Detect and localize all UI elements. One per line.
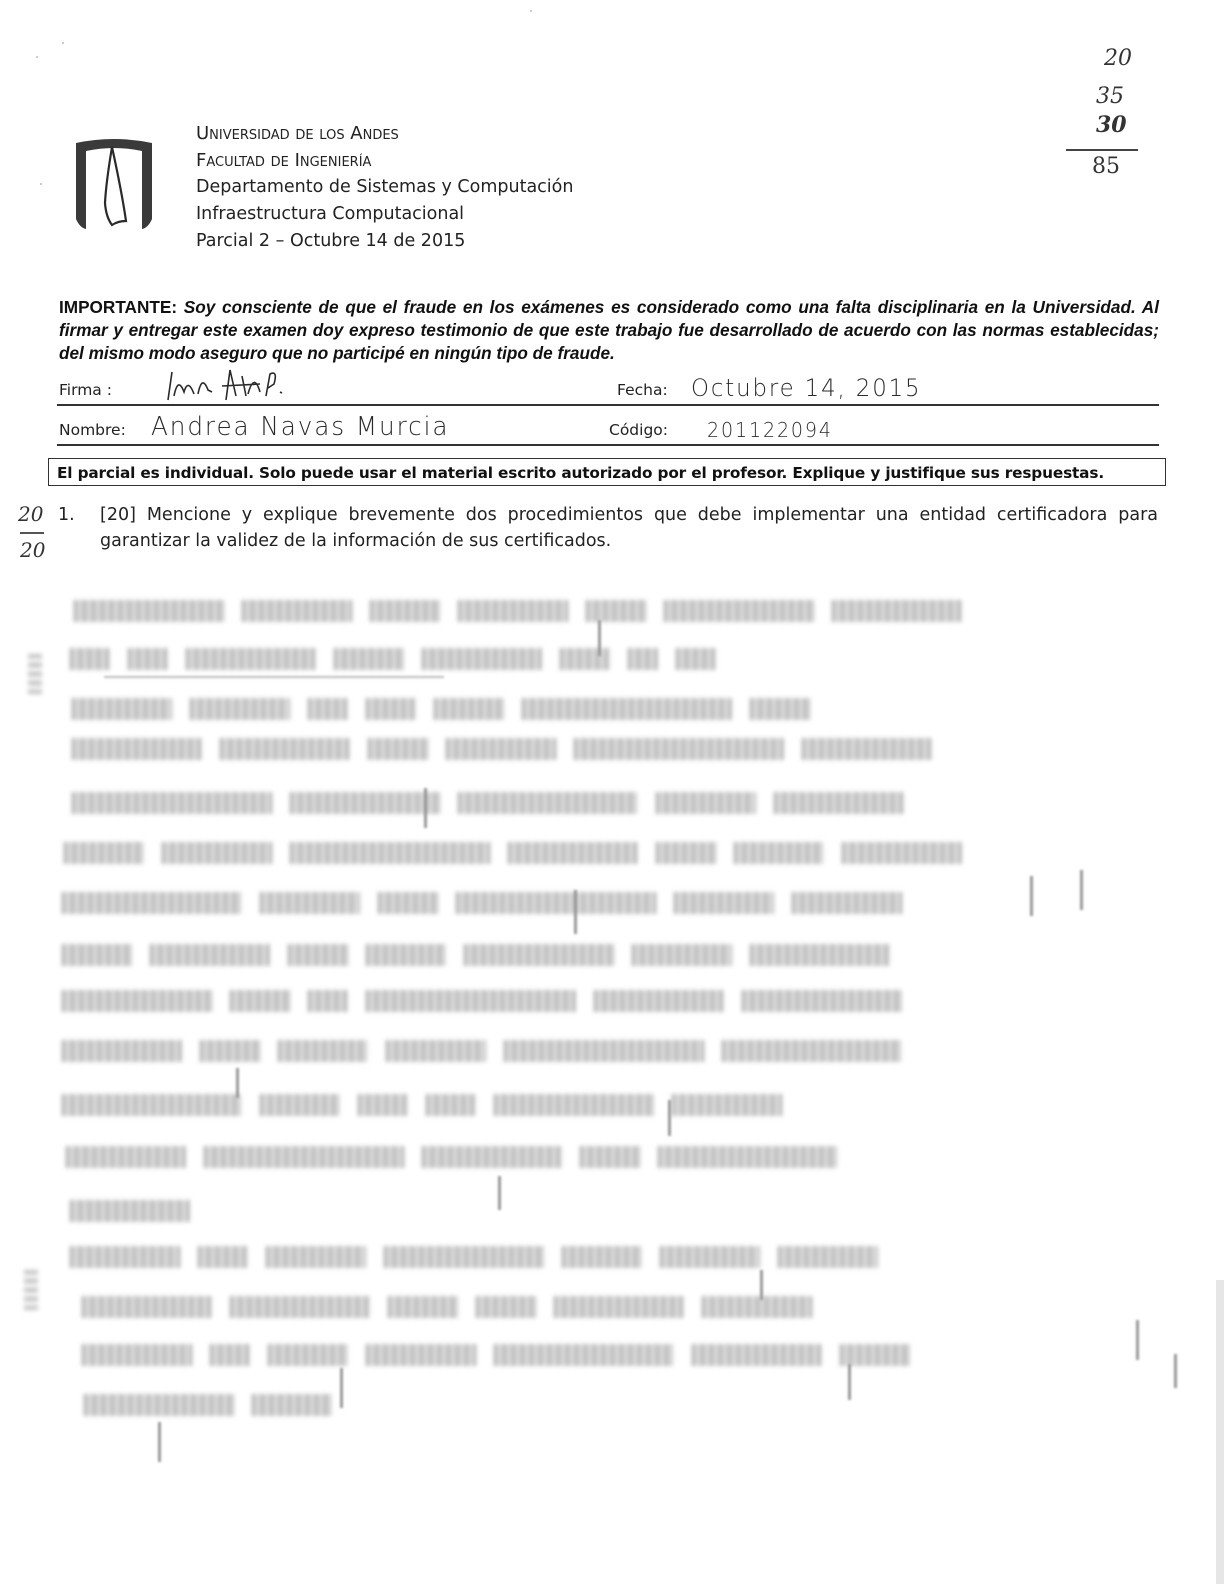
name-code-row: Nombre: Andrea Navas Murcia Código: 2011… (57, 414, 1159, 446)
redacted-word (778, 1246, 878, 1268)
redacted-descender (158, 1422, 161, 1462)
important-text: Soy consciente de que el fraude en los e… (59, 297, 1159, 363)
redacted-handwriting-line (82, 1344, 928, 1370)
redacted-word (268, 1344, 348, 1366)
redacted-handwriting-line (62, 944, 908, 970)
nombre-value: Andrea Navas Murcia (151, 412, 449, 442)
redacted-word (656, 792, 756, 814)
redacted-word (278, 1040, 368, 1062)
redacted-word (128, 648, 168, 670)
redacted-word (774, 792, 904, 814)
redacted-word (82, 1296, 212, 1318)
redacted-word (74, 600, 224, 622)
scan-speck (530, 10, 532, 12)
redacted-handwriting-line (64, 842, 980, 868)
redacted-word (522, 698, 732, 720)
redacted-word (366, 944, 446, 966)
redacted-word (494, 1344, 674, 1366)
redacted-word (288, 944, 348, 966)
redacted-word (370, 600, 440, 622)
redacted-handwriting-line (70, 1246, 896, 1272)
scan-edge-shadow (1216, 1280, 1224, 1584)
redacted-word (220, 738, 350, 760)
redacted-word (368, 738, 428, 760)
redacted-word (62, 1040, 182, 1062)
redacted-handwriting-line (62, 1094, 800, 1120)
redacted-word (792, 892, 902, 914)
redacted-word (84, 1394, 234, 1416)
redacted-word (70, 1246, 180, 1268)
redacted-word (676, 648, 716, 670)
redacted-word (242, 600, 352, 622)
redacted-word (494, 1094, 654, 1116)
university-name: Universidad de los Andes (196, 120, 573, 147)
redacted-word (378, 892, 438, 914)
handwritten-signature (162, 366, 337, 406)
redacted-descender (760, 1270, 763, 1300)
fecha-label: Fecha: (617, 381, 668, 399)
redacted-word (252, 1394, 332, 1416)
redacted-word (656, 842, 716, 864)
score-total: 85 (1092, 154, 1120, 179)
important-label: IMPORTANTE: (59, 297, 177, 317)
redacted-word (186, 648, 316, 670)
redacted-descender (1174, 1354, 1177, 1388)
redacted-word (190, 698, 290, 720)
redacted-word (580, 1146, 640, 1168)
redacted-word (290, 792, 440, 814)
question-1-grade: 20 20 (16, 502, 52, 566)
question-text: [20] Mencione y explique brevemente dos … (100, 502, 1158, 554)
redacted-handwriting-line (72, 738, 950, 764)
redacted-word (750, 698, 810, 720)
score-q2: 35 (1096, 84, 1124, 109)
redacted-word (702, 1296, 812, 1318)
redacted-word (72, 698, 172, 720)
course-name: Infraestructura Computacional (196, 201, 573, 228)
redacted-word (476, 1296, 536, 1318)
redacted-handwriting-line (74, 600, 980, 626)
redacted-descender (574, 890, 577, 934)
redacted-word (458, 600, 568, 622)
scan-speck (62, 42, 64, 44)
redacted-word (446, 738, 556, 760)
redacted-word (64, 842, 144, 864)
redacted-descender (236, 1068, 239, 1098)
redacted-word (366, 990, 576, 1012)
question-number: 1. (58, 502, 75, 528)
redacted-word (434, 698, 504, 720)
redacted-word (62, 1094, 242, 1116)
redacted-handwriting-line (72, 698, 828, 724)
redacted-word (840, 1344, 910, 1366)
redacted-descender (1030, 876, 1033, 916)
redacted-word (802, 738, 932, 760)
redacted-word (574, 738, 784, 760)
redacted-word (456, 892, 656, 914)
redacted-word (366, 1344, 476, 1366)
redacted-word (586, 600, 646, 622)
redacted-handwriting-line (62, 990, 920, 1016)
redacted-word (66, 1146, 186, 1168)
redacted-word (658, 1146, 838, 1168)
redacted-word (386, 1040, 486, 1062)
redacted-word (200, 1040, 260, 1062)
redacted-word (458, 792, 638, 814)
redacted-word (198, 1246, 248, 1268)
redacted-handwriting-line (84, 1394, 350, 1420)
redacted-word (674, 892, 774, 914)
redacted-handwriting-line (62, 892, 920, 918)
redacted-word (384, 1246, 544, 1268)
handwritten-answer-redacted (0, 580, 1224, 1480)
redacted-handwriting-line (62, 1040, 920, 1066)
redacted-descender (598, 620, 601, 656)
exam-header: Universidad de los Andes Facultad de Ing… (196, 120, 573, 255)
redacted-word (422, 1146, 562, 1168)
redacted-word (632, 944, 732, 966)
redacted-descender (424, 788, 427, 828)
scan-speck (36, 56, 38, 58)
redacted-word (358, 1094, 408, 1116)
redacted-word (594, 990, 724, 1012)
redacted-word (290, 842, 490, 864)
redacted-word (832, 600, 962, 622)
instructions-box: El parcial es individual. Solo puede usa… (48, 458, 1166, 486)
redacted-handwriting-line (82, 1296, 830, 1322)
redacted-word (742, 990, 902, 1012)
signature-date-row: Firma : Fecha: Octubre 14, 2015 (57, 374, 1159, 406)
grade-awarded: 20 (18, 502, 43, 526)
score-q3: 30 (1096, 112, 1127, 138)
redacted-word (560, 648, 610, 670)
redacted-word (334, 648, 404, 670)
redacted-descender (668, 1100, 671, 1136)
redacted-word (82, 1344, 192, 1366)
redacted-word (722, 1040, 902, 1062)
redacted-word (230, 1296, 370, 1318)
redacted-word (62, 990, 212, 1012)
redacted-descender (498, 1176, 501, 1210)
faculty-name: Facultad de Ingeniería (196, 147, 573, 174)
redacted-handwriting-line (72, 792, 922, 818)
redacted-word (266, 1246, 366, 1268)
redacted-descender (340, 1368, 343, 1408)
tally-rule (1066, 149, 1138, 151)
firma-label: Firma : (59, 381, 112, 399)
redacted-word (734, 842, 824, 864)
redacted-word (72, 738, 202, 760)
nombre-label: Nombre: (59, 421, 126, 439)
exam-title: Parcial 2 – Octubre 14 de 2015 (196, 228, 573, 255)
redacted-descender (1080, 870, 1083, 910)
redacted-word (388, 1296, 458, 1318)
redacted-word (62, 892, 242, 914)
redacted-word (150, 944, 270, 966)
redacted-word (562, 1246, 642, 1268)
redacted-handwriting-line (66, 1146, 856, 1172)
fecha-value: Octubre 14, 2015 (691, 374, 921, 402)
redacted-word (628, 648, 658, 670)
redacted-word (422, 648, 542, 670)
redacted-word (660, 1246, 760, 1268)
department-name: Departamento de Sistemas y Computación (196, 174, 573, 201)
redacted-word (162, 842, 272, 864)
grade-max: 20 (20, 538, 45, 562)
redacted-descender (848, 1364, 851, 1400)
redacted-word (426, 1094, 476, 1116)
redacted-word (366, 698, 416, 720)
grader-margin-mark (24, 1270, 38, 1310)
answer-underline (104, 676, 444, 678)
redacted-word (664, 600, 814, 622)
redacted-word (508, 842, 638, 864)
grader-margin-mark (28, 654, 42, 694)
redacted-word (842, 842, 962, 864)
redacted-word (692, 1344, 822, 1366)
redacted-word (750, 944, 890, 966)
redacted-handwriting-line (70, 648, 734, 674)
redacted-word (72, 792, 272, 814)
redacted-handwriting-line (70, 1200, 208, 1226)
redacted-word (308, 990, 348, 1012)
redacted-word (504, 1040, 704, 1062)
integrity-statement: IMPORTANTE: Soy consciente de que el fra… (59, 296, 1159, 365)
redacted-word (62, 944, 132, 966)
scan-speck (40, 183, 42, 185)
redacted-word (260, 1094, 340, 1116)
redacted-word (672, 1094, 782, 1116)
redacted-word (204, 1146, 404, 1168)
redacted-word (70, 648, 110, 670)
codigo-value: 201122094 (707, 418, 833, 442)
score-q1: 20 (1104, 46, 1132, 71)
redacted-word (464, 944, 614, 966)
redacted-word (260, 892, 360, 914)
redacted-word (210, 1344, 250, 1366)
redacted-descender (1136, 1320, 1139, 1360)
redacted-word (230, 990, 290, 1012)
codigo-label: Código: (609, 421, 668, 439)
redacted-word (70, 1200, 190, 1222)
grade-fraction-bar (20, 532, 44, 534)
university-logo-icon (72, 133, 156, 233)
redacted-word (554, 1296, 684, 1318)
redacted-word (308, 698, 348, 720)
